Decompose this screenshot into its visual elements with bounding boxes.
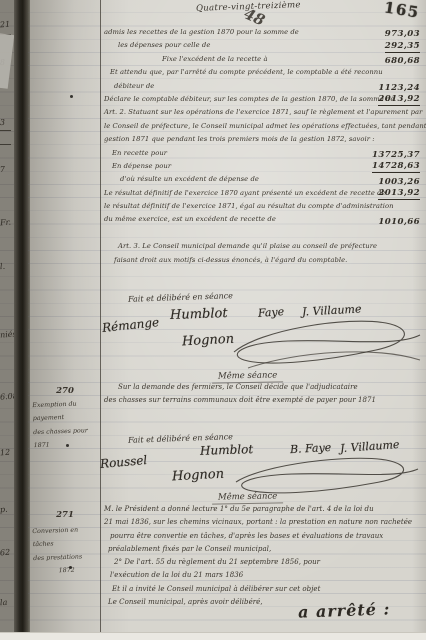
deliberation-270-body: Sur la demande des fermiers, le Conseil … <box>104 383 422 410</box>
ledger-line: d'où résulte un excédent de dépense de10… <box>104 175 422 188</box>
page-bottom-edge <box>0 632 426 640</box>
ledger-line: Art. 2. Statuant sur les opérations de l… <box>104 108 422 121</box>
deliberation-271-body: M. le Président a donné lecture 1° du 5e… <box>104 505 422 611</box>
folio-number: 165 <box>383 0 421 22</box>
signature: Hognon <box>182 332 235 350</box>
ink-mark <box>70 95 73 98</box>
ledger-line: Et attendu que, par l'arrêté du compte p… <box>104 68 422 81</box>
amount-value: 2013,92 <box>378 188 420 200</box>
margin-note-line: des chasses pour 1871 <box>33 424 100 453</box>
ledger-text: le Conseil de préfecture, le Conseil mun… <box>104 122 426 130</box>
amount-value: 13725,37 <box>372 150 420 160</box>
signature: J. Villaume <box>340 438 400 455</box>
signature: Humblot <box>170 306 228 323</box>
body-line: 2° De l'art. 55 du règlement du 21 septe… <box>114 558 422 571</box>
ledger-line: Fixe l'excédent de la recette à680,68 <box>104 55 422 68</box>
body-line: Sur la demande des fermiers, le Conseil … <box>118 383 422 396</box>
ledger-line: débiteur de1123,24 <box>104 82 422 95</box>
edge-ruled-lines <box>0 0 14 640</box>
ledger-line: les dépenses pour celle de292,35 <box>104 41 422 54</box>
edge-fragment: 3 <box>0 118 5 127</box>
body-line: l'exécution de la loi du 21 mars 1836 <box>110 571 422 584</box>
signature-flourish <box>228 314 424 372</box>
ledger-line: le résultat définitif de l'exercice 1871… <box>104 202 422 215</box>
ledger-line: faisant droit aux motifs ci-dessus énonc… <box>104 256 422 269</box>
margin-note-line: Conversion en tâches <box>32 523 99 552</box>
ledger-text: Déclare le comptable débiteur, sur les c… <box>104 95 394 103</box>
ledger-text: En dépense pour <box>112 162 171 170</box>
signature: Roussel <box>99 453 147 471</box>
margin-note-line: 1872 <box>33 563 99 579</box>
signature: J. Villaume <box>302 302 362 318</box>
edge-fragment: 62 <box>0 548 10 558</box>
edge-fragment: niés <box>0 329 14 339</box>
edge-rule-fragment <box>0 144 11 145</box>
book-gutter <box>14 0 30 640</box>
ledger-line: En dépense pour14728,63 <box>104 162 422 175</box>
ledger-line: Art. 3. Le Conseil municipal demande qu'… <box>104 242 422 255</box>
edge-fragment: 6.08 <box>0 391 14 401</box>
signature: Rémange <box>101 315 159 335</box>
amount-value: 2013,92 <box>378 94 420 106</box>
ledger-text: Le résultat définitif de l'exercice 1870… <box>104 189 386 197</box>
ledger-text: Art. 2. Statuant sur les opérations de l… <box>104 108 422 116</box>
ledger-text: admis les recettes de la gestion 1870 po… <box>104 28 299 36</box>
edge-rule-fragment <box>0 130 11 131</box>
body-line: Et il a invité le Conseil municipal à dé… <box>112 585 422 598</box>
ledger-text: les dépenses pour celle de <box>118 41 210 49</box>
edge-fragment: 7 <box>0 165 5 174</box>
ledger-text: Et attendu que, par l'arrêté du compte p… <box>110 68 383 76</box>
ledger-text: faisant droit aux motifs ci-dessus énonc… <box>114 256 347 264</box>
ink-mark <box>66 444 69 447</box>
ledger-text: le résultat définitif de l'exercice 1871… <box>104 202 394 210</box>
edge-fragment: 21 <box>0 20 10 30</box>
amount-value: 1123,24 <box>378 83 420 93</box>
body-line: des chasses sur terrains communaux doit … <box>104 396 422 409</box>
session-heading: Même séance <box>212 370 283 383</box>
ledger-text: du même exercice, est un excédent de rec… <box>104 215 276 223</box>
ledger-line: du même exercice, est un excédent de rec… <box>104 215 422 228</box>
ledger-line: En recette pour13725,37 <box>104 149 422 162</box>
body-line: 21 mai 1836, sur les chemins vicinaux, p… <box>104 518 422 531</box>
edge-fragment: p. <box>0 505 8 515</box>
body-line: pourra être convertie en tâches, d'après… <box>110 532 422 545</box>
body-line: M. le Président a donné lecture 1° du 5e… <box>104 505 422 518</box>
signature: B. Faye <box>290 441 332 456</box>
ledger-line: gestion 1871 que pendant les trois premi… <box>104 135 422 148</box>
amount-value: 680,68 <box>385 56 420 66</box>
deliberation-number: 270 <box>50 386 80 396</box>
edge-fragment: la <box>0 598 8 607</box>
ledger-text: gestion 1871 que pendant les trois premi… <box>104 135 375 143</box>
ledger-text: Art. 3. Le Conseil municipal demande qu'… <box>118 242 377 250</box>
ledger-text: Fixe l'excédent de la recette à <box>162 55 268 63</box>
signature: Hognon <box>172 467 225 485</box>
signature: Humblot <box>200 442 254 458</box>
amount-value: 14728,63 <box>372 161 420 173</box>
edge-fragment: 12 <box>0 448 10 458</box>
spacer-line <box>104 229 422 242</box>
previous-page-edge: 21 8 3 7 Fr. l. niés 6.08 12 p. 62 la <box>0 0 14 640</box>
amount-value: 1010,66 <box>378 217 420 227</box>
ledger-text: En recette pour <box>112 149 167 157</box>
account-statement-block: admis les recettes de la gestion 1870 po… <box>104 28 422 269</box>
ledger-text: d'où résulte un excédent de dépense de <box>120 175 259 183</box>
edge-fragment: Fr. <box>0 218 11 228</box>
ledger-text: débiteur de <box>114 82 154 90</box>
closing-formula: Fait et délibéré en séance <box>128 291 233 304</box>
ledger-line: admis les recettes de la gestion 1870 po… <box>104 28 422 41</box>
session-heading: Même séance <box>212 491 283 504</box>
body-line: préalablement fixés par le Conseil munic… <box>108 545 422 558</box>
register-page: 21 8 3 7 Fr. l. niés 6.08 12 p. 62 la 16… <box>0 0 426 640</box>
decision-emphasis: a arrêté : <box>298 599 391 621</box>
amount-value: 292,35 <box>385 41 420 53</box>
signature: Faye <box>258 305 285 320</box>
amount-value: 1003,26 <box>378 177 420 187</box>
ink-mark <box>69 566 72 569</box>
margin-note: Conversion en tâches des prestations 187… <box>32 523 100 579</box>
amount-value: 973,03 <box>385 29 420 39</box>
ledger-line: Le résultat définitif de l'exercice 1870… <box>104 189 422 202</box>
edge-fragment: l. <box>0 262 5 271</box>
deliberation-number: 271 <box>50 510 80 520</box>
ledger-line: le Conseil de préfecture, le Conseil mun… <box>104 122 422 135</box>
margin-note-line: Exemption du payement <box>32 397 99 426</box>
ledger-line: Déclare le comptable débiteur, sur les c… <box>104 95 422 108</box>
